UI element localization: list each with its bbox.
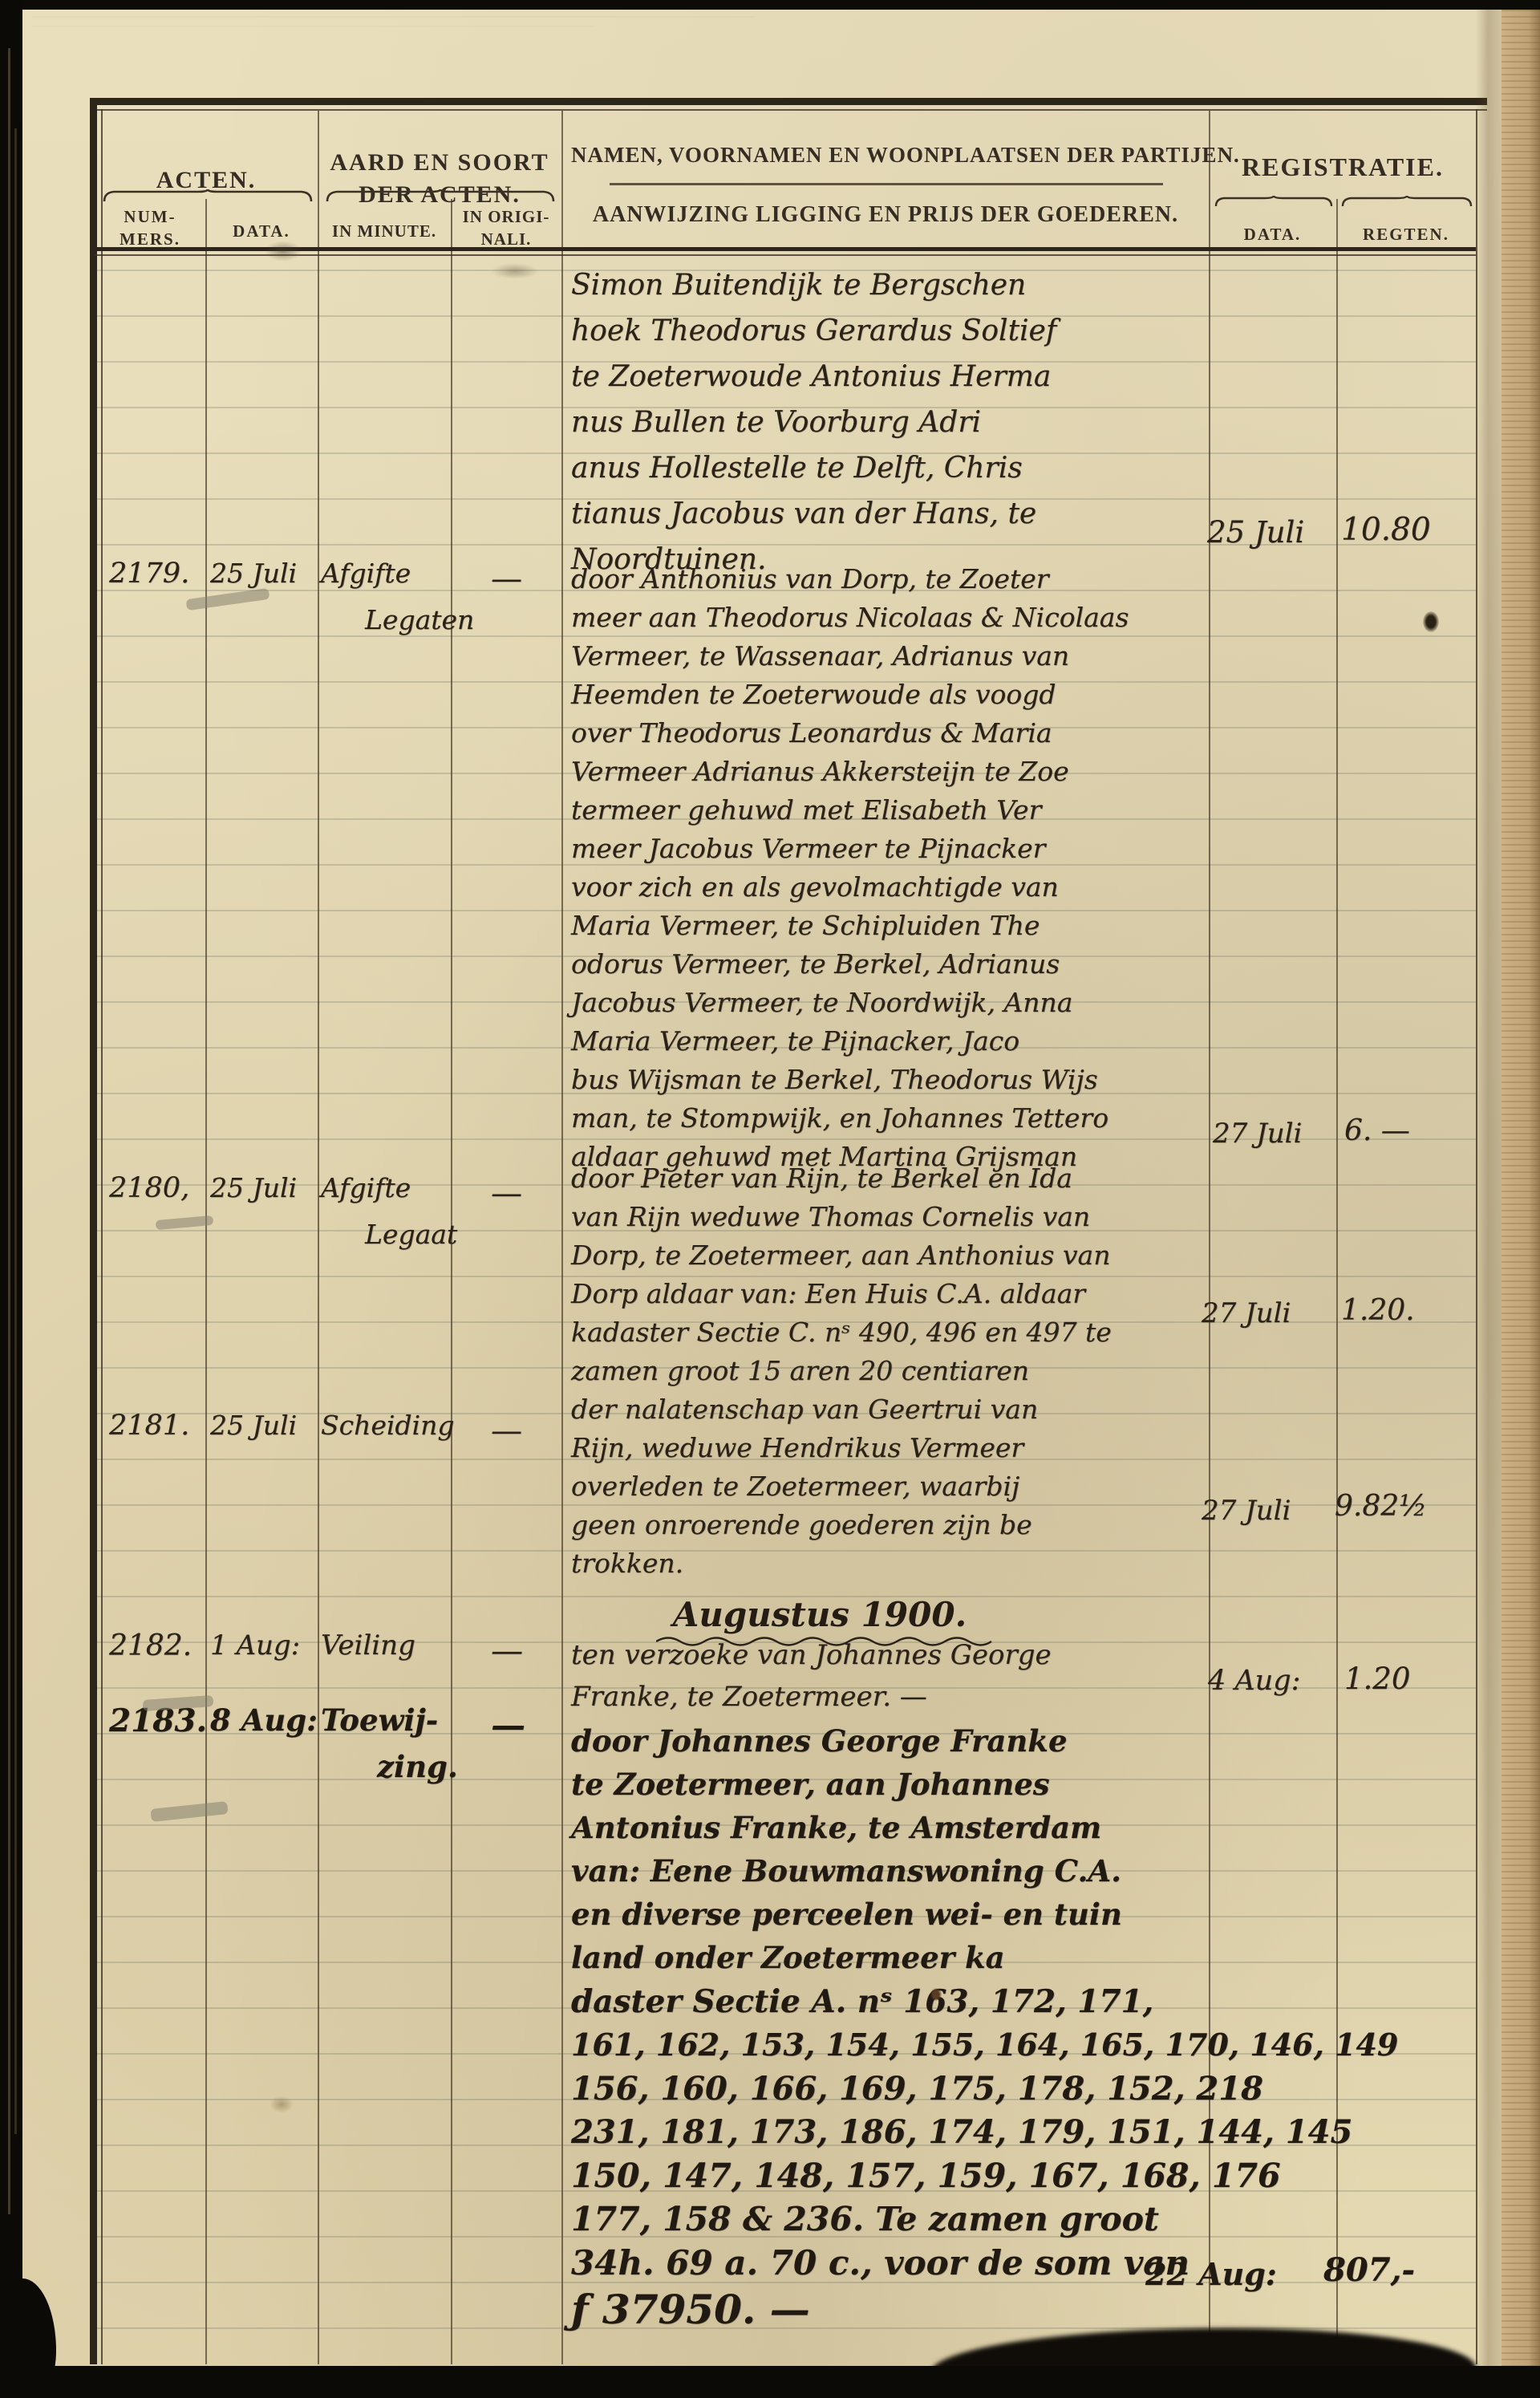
entry-date: 1 Aug: bbox=[210, 1632, 300, 1659]
entry-body-line: 161, 162, 153, 154, 155, 164, 165, 170, … bbox=[571, 2030, 1398, 2060]
entry-originali-dash: — bbox=[491, 1415, 522, 1447]
page-edge-line bbox=[32, 26, 594, 27]
colline-acten-aard bbox=[318, 111, 319, 2364]
entry-number: 2180, bbox=[109, 1175, 189, 1203]
entry-body-line: door Johannes George Franke bbox=[571, 1726, 1068, 1756]
entry-body-line: Jacobus Vermeer, te Noordwijk, Anna bbox=[571, 989, 1072, 1016]
month-heading-underline bbox=[656, 1637, 993, 1646]
registration-date: 27 Juli bbox=[1213, 1120, 1302, 1147]
brace-regten bbox=[1341, 196, 1473, 208]
entry-body-line: 156, 160, 166, 169, 175, 178, 152, 218 bbox=[571, 2073, 1263, 2105]
entry-body-line: hoek Theodorus Gerardus Soltief bbox=[571, 317, 1056, 346]
entry-date: 25 Juli bbox=[210, 1175, 297, 1201]
entry-number: 2182. bbox=[109, 1632, 192, 1661]
header-aard-line1: AARD EN SOORT bbox=[318, 149, 561, 177]
entry-body-line: odorus Vermeer, te Berkel, Adrianus bbox=[571, 951, 1060, 977]
entry-body-line: door Anthonius van Dorp, te Zoeter bbox=[571, 566, 1049, 592]
subheader-reg-data: DATA. bbox=[1209, 225, 1336, 245]
registration-date: 25 Juli bbox=[1207, 517, 1304, 547]
entry-type: Afgifte bbox=[321, 560, 411, 586]
entry-body-line: 231, 181, 173, 186, 174, 179, 151, 144, … bbox=[571, 2116, 1352, 2148]
entry-body-line: Franke, te Zoetermeer. — bbox=[571, 1683, 927, 1710]
entry-body-line: Maria Vermeer, te Pijnacker, Jaco bbox=[571, 1028, 1019, 1054]
colline-aard-namen bbox=[561, 111, 563, 2364]
entry-body-line: Vermeer Adrianus Akkersteijn te Zoe bbox=[571, 758, 1069, 785]
entry-body-line: meer aan Theodorus Nicolaas & Nicolaas bbox=[571, 604, 1129, 631]
entry-body-line: bus Wijsman te Berkel, Theodorus Wijs bbox=[571, 1066, 1098, 1093]
entry-body-line: Rijn, weduwe Hendrikus Vermeer bbox=[571, 1434, 1023, 1461]
entry-number: 2181. bbox=[109, 1412, 189, 1440]
entry-body-line: te Zoeterwoude Antonius Herma bbox=[571, 363, 1051, 392]
colline-nummers-data bbox=[205, 199, 207, 2364]
entry-body-line: anus Hollestelle te Delft, Chris bbox=[571, 454, 1023, 483]
entry-body-line: nus Bullen te Voorburg Adri bbox=[571, 408, 981, 437]
table-left-border-thick bbox=[90, 98, 97, 2364]
month-section-heading: Augustus 1900. bbox=[571, 1595, 1068, 1634]
registration-amount: 10.80 bbox=[1341, 514, 1431, 546]
entry-body-line: overleden te Zoetermeer, waarbij bbox=[571, 1473, 1019, 1499]
subheader-in-minute: IN MINUTE. bbox=[318, 221, 451, 241]
header-bottom-rule-thin bbox=[95, 254, 1476, 256]
entry-body-line: der nalatenschap van Geertrui van bbox=[571, 1396, 1038, 1422]
entry-body-line: van Rijn weduwe Thomas Cornelis van bbox=[571, 1203, 1090, 1230]
registration-date: 4 Aug: bbox=[1208, 1667, 1300, 1695]
registration-amount: 807,- bbox=[1323, 2254, 1415, 2286]
entry-body-line: Vermeer, te Wassenaar, Adrianus van bbox=[571, 643, 1069, 669]
entry-body-line: daster Sectie A. nˢ 163, 172, 171, bbox=[571, 1986, 1153, 2018]
entry-originali-dash: — bbox=[491, 1635, 523, 1667]
header-namen-divider bbox=[610, 183, 1163, 185]
entry-body-line: Maria Vermeer, te Schipluiden The bbox=[571, 912, 1039, 939]
subheader-nummers-line1: NUM- bbox=[95, 207, 205, 227]
entry-body-line: door Pieter van Rijn, te Berkel en Ida bbox=[571, 1165, 1072, 1191]
registration-date: 22 Aug: bbox=[1145, 2259, 1277, 2290]
header-bottom-rule-thick bbox=[95, 247, 1476, 251]
brace-reg-data bbox=[1214, 196, 1333, 208]
registration-date: 27 Juli bbox=[1202, 1300, 1291, 1327]
entry-type: Legaat bbox=[365, 1221, 457, 1248]
entry-body-line: voor zich en als gevolmachtigde van bbox=[571, 874, 1059, 900]
page-fold-shadow bbox=[1476, 10, 1503, 2368]
header-namen: NAMEN, VOORNAMEN EN WOONPLAATSEN DER PAR… bbox=[571, 143, 1205, 168]
photo-dark-margin-left bbox=[0, 0, 22, 2398]
entry-type: Afgifte bbox=[321, 1175, 411, 1201]
registration-amount: 1.20 bbox=[1344, 1664, 1410, 1694]
brace-aard bbox=[326, 189, 555, 203]
book-page-edge bbox=[1501, 10, 1540, 2368]
entry-body-line: man, te Stompwijk, en Johannes Tettero bbox=[571, 1105, 1108, 1131]
entry-body-line: trokken. bbox=[571, 1550, 683, 1576]
entry-type: Veiling bbox=[321, 1632, 415, 1659]
entry-originali-dash: — bbox=[491, 1709, 525, 1743]
entry-body-line: te Zoetermeer, aan Johannes bbox=[571, 1770, 1050, 1800]
entry-number: 2183. bbox=[109, 1706, 207, 1737]
subheader-in-originali-line1: IN ORIGI- bbox=[451, 207, 561, 227]
subheader-data: DATA. bbox=[205, 221, 318, 241]
entry-body-line: over Theodorus Leonardus & Maria bbox=[571, 720, 1052, 746]
header-registratie: REGISTRATIE. bbox=[1209, 152, 1477, 182]
entry-body-line: Antonius Franke, te Amsterdam bbox=[571, 1813, 1101, 1843]
brace-acten bbox=[103, 189, 313, 203]
entry-type: zing. bbox=[377, 1752, 458, 1782]
entry-number: 2179. bbox=[109, 560, 189, 588]
entry-type: Scheiding bbox=[321, 1412, 454, 1438]
entry-date: 8 Aug: bbox=[210, 1706, 318, 1735]
entry-body-line: ƒ 37950. — bbox=[571, 2290, 810, 2330]
entry-body-line: zamen groot 15 aren 20 centiaren bbox=[571, 1357, 1029, 1384]
entry-body-line: 34h. 69 a. 70 c., voor de som van bbox=[571, 2246, 1189, 2280]
page-edge-line bbox=[32, 16, 754, 18]
entry-body-line: land onder Zoetermeer ka bbox=[571, 1943, 1005, 1973]
entry-body-line: Simon Buitendijk te Bergschen bbox=[571, 271, 1026, 300]
entry-date: 25 Juli bbox=[210, 560, 297, 586]
entry-originali-dash: — bbox=[491, 1178, 522, 1209]
subheader-regten: REGTEN. bbox=[1336, 225, 1476, 245]
entry-body-line: Heemden te Zoeterwoude als voogd bbox=[571, 681, 1056, 708]
colline-minute-originali bbox=[451, 199, 452, 2364]
entry-body-line: meer Jacobus Vermeer te Pijnacker bbox=[571, 835, 1045, 862]
entry-originali-dash: — bbox=[491, 563, 522, 594]
entry-body-line: van: Eene Bouwmanswoning C.A. bbox=[571, 1856, 1121, 1886]
header-aanwijzing: AANWIJZING LIGGING EN PRIJS DER GOEDEREN… bbox=[565, 202, 1206, 228]
page-stack-sliver bbox=[8, 48, 10, 2214]
entry-body-line: Dorp, te Zoetermeer, aan Anthonius van bbox=[571, 1242, 1110, 1268]
entry-body-line: termeer gehuwd met Elisabeth Ver bbox=[571, 797, 1041, 823]
entry-body-line: en diverse perceelen wei- en tuin bbox=[571, 1900, 1122, 1929]
scanned-register-page: ACTEN. AARD EN SOORT DER ACTEN. NAMEN, V… bbox=[0, 0, 1540, 2398]
entry-date: 25 Juli bbox=[210, 1412, 297, 1438]
table-top-border-thick bbox=[90, 98, 1487, 105]
registration-amount: 6. — bbox=[1344, 1117, 1410, 1146]
entry-body-line: geen onroerende goederen zijn be bbox=[571, 1511, 1032, 1538]
entry-type: Toewij- bbox=[321, 1706, 438, 1735]
registration-amount: 9.82½ bbox=[1335, 1492, 1427, 1521]
entry-body-line: Dorp aldaar van: Een Huis C.A. aldaar bbox=[571, 1280, 1085, 1307]
entry-body-line: 177, 158 & 236. Te zamen groot bbox=[571, 2203, 1159, 2236]
photo-dark-margin-bottom bbox=[0, 2366, 1540, 2398]
entry-body-line: 150, 147, 148, 157, 159, 167, 168, 176 bbox=[571, 2160, 1281, 2193]
entry-body-line: kadaster Sectie C. nˢ 490, 496 en 497 te bbox=[571, 1319, 1112, 1345]
page-stack-sliver bbox=[14, 128, 17, 2134]
table-top-border-thin bbox=[90, 109, 1487, 111]
entry-type: Legaten bbox=[365, 607, 474, 633]
entry-body-line: tianus Jacobus van der Hans, te bbox=[571, 500, 1036, 529]
table-left-border-thin bbox=[101, 109, 103, 2364]
registration-amount: 1.20. bbox=[1341, 1296, 1415, 1325]
registration-date: 27 Juli bbox=[1202, 1497, 1291, 1524]
